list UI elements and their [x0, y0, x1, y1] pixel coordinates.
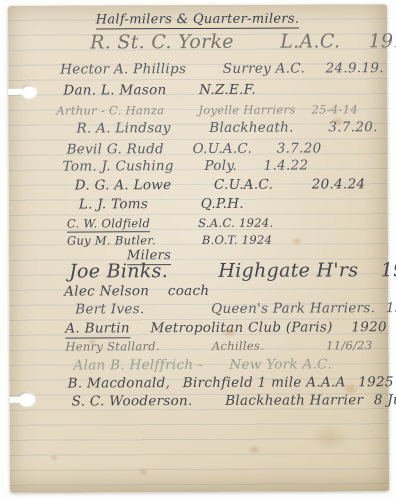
entry-club: S.A.C. 1924. — [198, 216, 273, 230]
punch-hole-tear — [10, 397, 22, 403]
entry-club: Metropolitan Club (Paris) — [150, 319, 332, 336]
stain-spot — [291, 237, 303, 246]
entry-date: 8 July 40 — [374, 392, 396, 408]
entry-name: B. Macdonald, — [68, 375, 171, 391]
entry-row: Henry Stallard. Achilles. 11/6/23 — [65, 338, 372, 353]
entry-name: Arthur - C. Hanza — [56, 103, 164, 117]
entry-name: Hector A. Phillips — [60, 61, 186, 78]
entry-row: D. G. A. Lowe C.U.A.C. 20.4.24 — [75, 176, 366, 193]
entry-date: 1925 — [358, 374, 394, 390]
stain-spot — [248, 445, 261, 455]
stain-spot — [50, 454, 59, 462]
entry-name: C. W. Oldfield — [67, 216, 150, 232]
entry-club: L.A.C. — [280, 30, 340, 52]
entry-row: Arthur - C. Hanza Joyelle Harriers 25-4-… — [56, 102, 358, 117]
entry-club: Blackheath. — [209, 120, 294, 136]
scanned-photo: Half-milers & Quarter-milers. R. St. C. … — [0, 0, 396, 500]
entry-name: R. A. Lindsay — [76, 120, 170, 136]
entry-club: coach — [168, 283, 210, 299]
entry-name: L. J. Toms — [79, 196, 148, 212]
entry-row: Hector A. Phillips Surrey A.C. 24.9.19. — [60, 60, 384, 77]
entry-name: D. G. A. Lowe — [75, 177, 172, 193]
entry-club: Achilles. — [212, 339, 264, 353]
stain-spot — [138, 467, 149, 476]
entry-name: A. Burtin — [65, 320, 130, 338]
paper-page: Half-milers & Quarter-milers. R. St. C. … — [8, 4, 389, 493]
entry-row: B. Macdonald, Birchfield 1 mile A.A.A 19… — [68, 374, 394, 391]
entry-club: Surrey A.C. — [223, 61, 305, 77]
entry-row: Joe Binks. Highgate H'rs 1914. — [69, 259, 396, 283]
entry-club: Joyelle Harriers — [198, 103, 295, 117]
entry-club: Blackheath Harrier — [225, 392, 363, 409]
entry-club: O.U.A.C. — [193, 141, 253, 157]
entry-row: Alan B. Helffrich - New York A.C. — [73, 356, 336, 373]
entry-club: C.U.A.C. — [214, 177, 273, 193]
punch-hole — [20, 85, 36, 99]
entry-name: Bert Ives. — [75, 301, 144, 317]
entry-name: Tom. J. Cushing — [63, 158, 174, 174]
entry-row: Bert Ives. Queen's Park Harriers. 1914 — [75, 300, 396, 318]
entry-club: B.O.T. 1924 — [202, 233, 272, 247]
entry-date: 20.4.24 — [312, 176, 366, 192]
entry-name: Alec Nelson — [64, 283, 149, 299]
entry-row: Guy M. Butler. B.O.T. 1924 — [67, 233, 276, 248]
entry-club: Highgate H'rs — [218, 259, 358, 282]
entry-club: Queen's Park Harriers. — [211, 300, 375, 317]
entry-date: 1914. — [381, 259, 396, 281]
entry-name: S. C. Wooderson. — [72, 393, 193, 410]
entry-row: R. A. Lindsay Blackheath. 3.7.20. — [76, 119, 377, 136]
entry-name: Alan B. Helffrich - — [73, 357, 202, 374]
entry-row: R. St. C. Yorke L.A.C. 1918. — [90, 30, 396, 53]
entry-date: 1.4.22 — [264, 158, 309, 174]
entry-name: R. St. C. Yorke — [90, 31, 234, 54]
punch-hole-tear — [8, 89, 22, 95]
entry-club: Poly. — [204, 158, 237, 174]
entry-row: Alec Nelson coach — [64, 283, 214, 300]
entry-date: 11/6/23 — [326, 338, 372, 352]
entry-date: 1920 — [351, 319, 387, 335]
entry-name: Guy M. Butler. — [67, 233, 156, 247]
entry-row: Dan. L. Mason N.Z.E.F. — [63, 82, 274, 99]
entry-row: A. Burtin Metropolitan Club (Paris) 1920 — [65, 319, 387, 338]
entry-club: New York A.C. — [229, 356, 332, 372]
entry-date: 1914 — [386, 300, 396, 316]
entry-date: 1918. — [369, 30, 396, 52]
entry-club: Q.P.H. — [201, 196, 244, 212]
stain-spot — [310, 424, 350, 450]
entry-date: 3.7.20. — [328, 119, 377, 135]
entry-row: S. C. Wooderson. Blackheath Harrier 8 Ju… — [72, 392, 396, 410]
entry-row: Tom. J. Cushing Poly. 1.4.22 — [63, 158, 309, 175]
entry-date: 3.7.20 — [277, 140, 322, 156]
entry-name: Bevil G. Rudd — [67, 141, 164, 157]
entry-row: Bevil G. Rudd O.U.A.C. 3.7.20 — [67, 140, 322, 157]
entry-name: Henry Stallard. — [65, 339, 160, 353]
page-title-text: Half-milers & Quarter-milers. — [96, 12, 300, 30]
entry-date: 24.9.19. — [326, 60, 384, 76]
entry-date: 25-4-14 — [311, 102, 358, 116]
entry-row: C. W. Oldfield S.A.C. 1924. — [67, 216, 278, 233]
entry-club: Birchfield 1 mile A.A.A — [183, 374, 346, 391]
entry-row: L. J. Toms Q.P.H. — [79, 196, 259, 213]
entry-club: N.Z.E.F. — [199, 82, 256, 98]
entry-name: Dan. L. Mason — [63, 82, 166, 98]
entry-name: Joe Binks. — [69, 260, 168, 282]
page-title: Half-milers & Quarter-milers. — [8, 11, 387, 28]
